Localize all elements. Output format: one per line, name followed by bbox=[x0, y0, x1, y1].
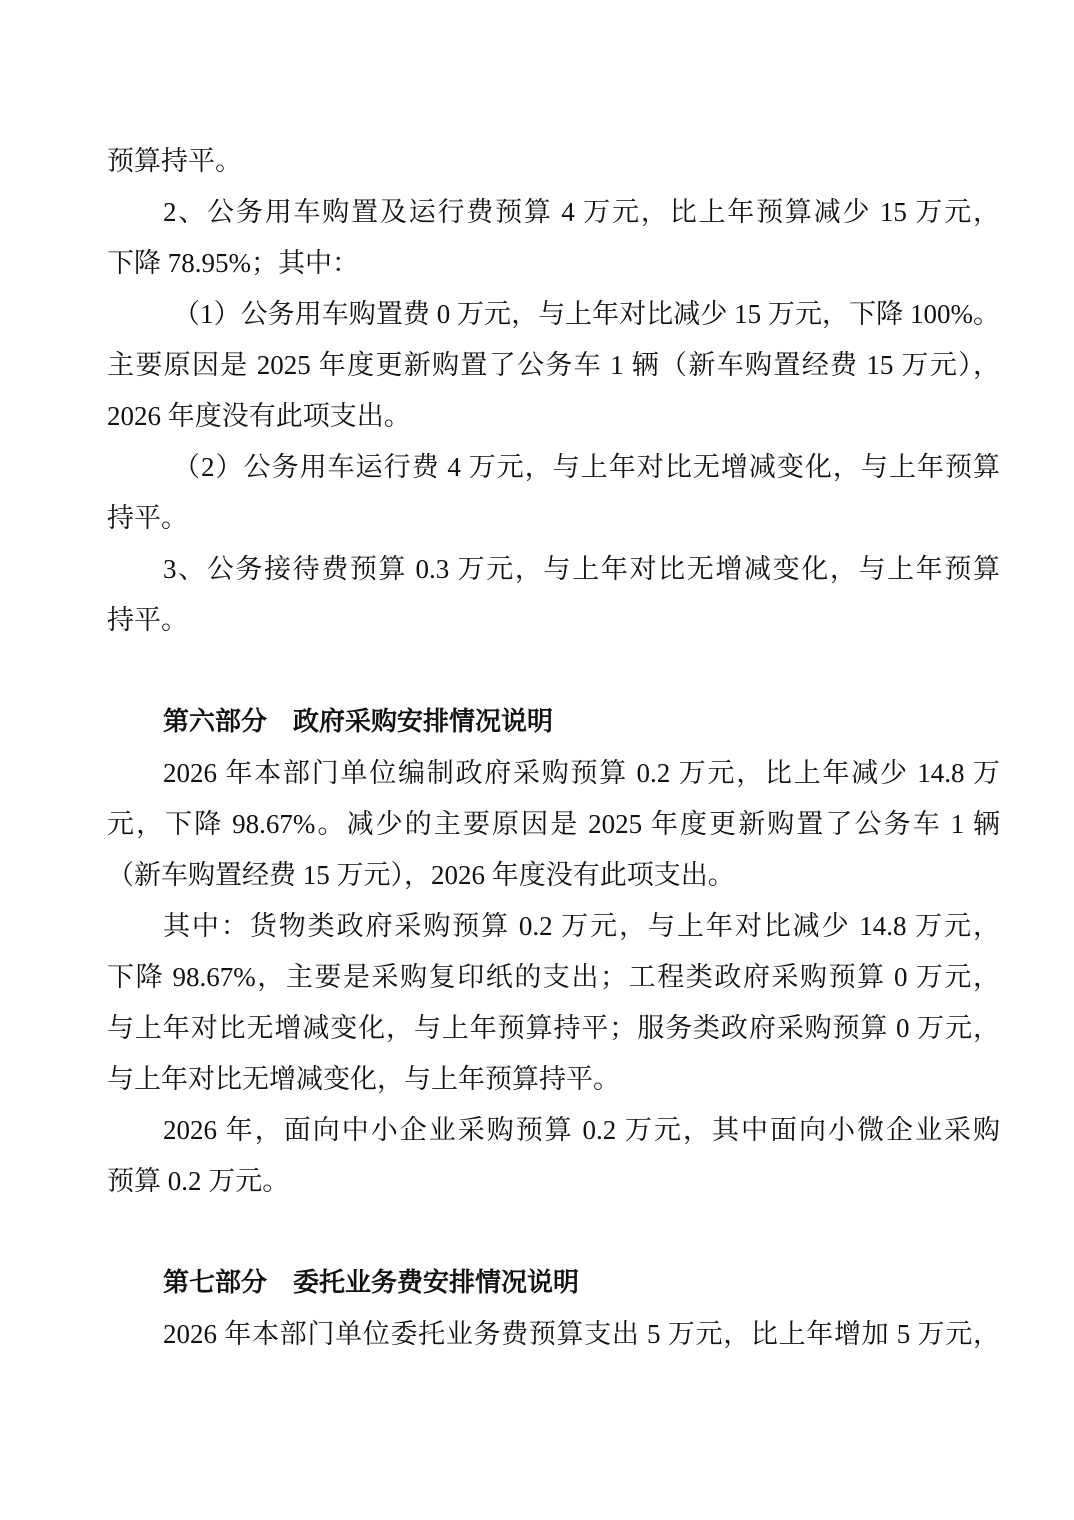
text-line: （1）公务用车购置费 0 万元，与上年对比减少 15 万元，下降 100%。 bbox=[107, 289, 1000, 340]
text-line: 与上年对比无增减变化，与上年预算持平。 bbox=[107, 1054, 1000, 1105]
section-gap bbox=[107, 1207, 1000, 1258]
section-heading-7: 第七部分 委托业务费安排情况说明 bbox=[107, 1258, 1000, 1309]
text-line: 2026 年本部门单位编制政府采购预算 0.2 万元，比上年减少 14.8 万 bbox=[107, 748, 1000, 799]
text-line: （新车购置经费 15 万元），2026 年度没有此项支出。 bbox=[107, 850, 1000, 901]
text-line: 持平。 bbox=[107, 595, 1000, 646]
text-line: 2、公务用车购置及运行费预算 4 万元，比上年预算减少 15 万元， bbox=[107, 187, 1000, 238]
text-line: 持平。 bbox=[107, 493, 1000, 544]
text-line: 其中：货物类政府采购预算 0.2 万元，与上年对比减少 14.8 万元， bbox=[107, 901, 1000, 952]
text-line: 主要原因是 2025 年度更新购置了公务车 1 辆（新车购置经费 15 万元）， bbox=[107, 340, 1000, 391]
section-heading-6: 第六部分 政府采购安排情况说明 bbox=[107, 697, 1000, 748]
text-line: 元，下降 98.67%。减少的主要原因是 2025 年度更新购置了公务车 1 辆 bbox=[107, 799, 1000, 850]
text-line: 下降 78.95%；其中： bbox=[107, 238, 1000, 289]
text-line: 预算 0.2 万元。 bbox=[107, 1156, 1000, 1207]
text-line: 2026 年，面向中小企业采购预算 0.2 万元，其中面向小微企业采购 bbox=[107, 1105, 1000, 1156]
text-line: （2）公务用车运行费 4 万元，与上年对比无增减变化，与上年预算 bbox=[107, 442, 1000, 493]
text-line: 3、公务接待费预算 0.3 万元，与上年对比无增减变化，与上年预算 bbox=[107, 544, 1000, 595]
text-line: 下降 98.67%，主要是采购复印纸的支出；工程类政府采购预算 0 万元， bbox=[107, 952, 1000, 1003]
text-line: 预算持平。 bbox=[107, 136, 1000, 187]
section-gap bbox=[107, 646, 1000, 697]
text-line: 2026 年本部门单位委托业务费预算支出 5 万元，比上年增加 5 万元， bbox=[107, 1309, 1000, 1360]
text-line: 与上年对比无增减变化，与上年预算持平；服务类政府采购预算 0 万元， bbox=[107, 1003, 1000, 1054]
document-page: 预算持平。 2、公务用车购置及运行费预算 4 万元，比上年预算减少 15 万元，… bbox=[107, 136, 1000, 1360]
text-line: 2026 年度没有此项支出。 bbox=[107, 391, 1000, 442]
